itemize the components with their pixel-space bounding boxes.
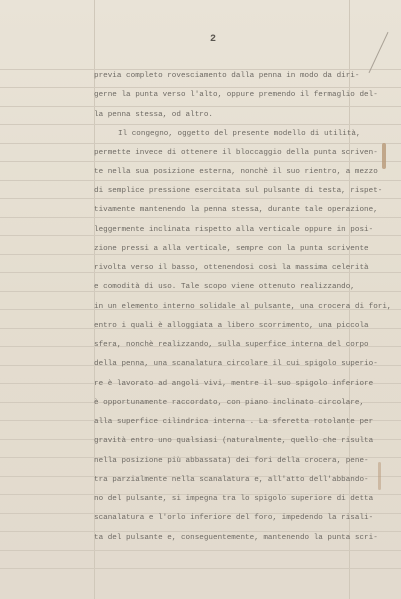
ruled-line xyxy=(0,235,401,236)
text-line: scanalatura e l'orlo inferiore del foro,… xyxy=(94,514,373,522)
paper-crease xyxy=(369,32,389,73)
ruled-line xyxy=(0,550,401,551)
text-line: previa completo rovesciamento dalla penn… xyxy=(94,72,359,80)
ruled-line xyxy=(0,106,401,107)
text-line-paragraph-start: Il congegno, oggetto del presente modell… xyxy=(118,130,361,138)
text-line: tivamente mantenendo la penna stessa, du… xyxy=(94,206,378,214)
text-line: la penna stessa, od altro. xyxy=(94,111,213,119)
text-line: gravità entro uno qualsiasi (naturalment… xyxy=(94,437,373,445)
text-line: e comodità di uso. Tale scopo viene otte… xyxy=(94,283,355,291)
paper-stain xyxy=(382,143,386,169)
ruled-line xyxy=(0,272,401,273)
text-line: te nella sua posizione esterna, nonchè i… xyxy=(94,168,378,176)
ruled-line xyxy=(0,124,401,125)
left-margin-line xyxy=(94,0,95,599)
text-line: permette invece di ottenere il bloccaggi… xyxy=(94,149,378,157)
ruled-line xyxy=(0,568,401,569)
text-line: zione pressi a alla verticale, sempre co… xyxy=(94,245,369,253)
ruled-line xyxy=(0,143,401,144)
text-line: tra parzialmente nella scanalatura e, al… xyxy=(94,476,369,484)
ruled-line xyxy=(0,531,401,532)
text-line: della penna, una scanalatura circolare i… xyxy=(94,360,378,368)
ruled-line xyxy=(0,198,401,199)
ruled-line xyxy=(0,87,401,88)
ruled-line xyxy=(0,217,401,218)
right-margin-line xyxy=(349,0,350,599)
ruled-line xyxy=(0,254,401,255)
text-line: leggermente inclinata rispetto alla vert… xyxy=(94,226,373,234)
page-number: 2 xyxy=(210,34,216,45)
text-line: ta del pulsante e, conseguentemente, man… xyxy=(94,534,378,542)
text-line: di semplice pressione esercitata sul pul… xyxy=(94,187,382,195)
ruled-line xyxy=(0,291,401,292)
text-line: sfera, nonchè realizzando, sulla superfi… xyxy=(94,341,369,349)
ruled-line xyxy=(0,180,401,181)
text-line: no del pulsante, si impegna tra lo spigo… xyxy=(94,495,373,503)
text-line: entro i quali è alloggiata a libero scor… xyxy=(94,322,369,330)
text-line: in un elemento interno solidale al pulsa… xyxy=(94,303,392,311)
paper-stain xyxy=(378,462,381,490)
text-line: è opportunamente raccordato, con piano i… xyxy=(94,399,364,407)
ruled-line xyxy=(0,161,401,162)
ruled-line xyxy=(0,69,401,70)
text-line: gerne la punta verso l'alto, oppure prem… xyxy=(94,91,378,99)
text-line: re è lavorato ad angoli vivi, mentre il … xyxy=(94,380,373,388)
document-page: 2 previa completo rovesciamento dalla pe… xyxy=(0,0,401,599)
text-line: alla superfice cilindrica interna . La s… xyxy=(94,418,373,426)
text-line: nella posizione più abbassata) dei fori … xyxy=(94,457,369,465)
text-line: rivolta verso il basso, ottenendosi così… xyxy=(94,264,369,272)
